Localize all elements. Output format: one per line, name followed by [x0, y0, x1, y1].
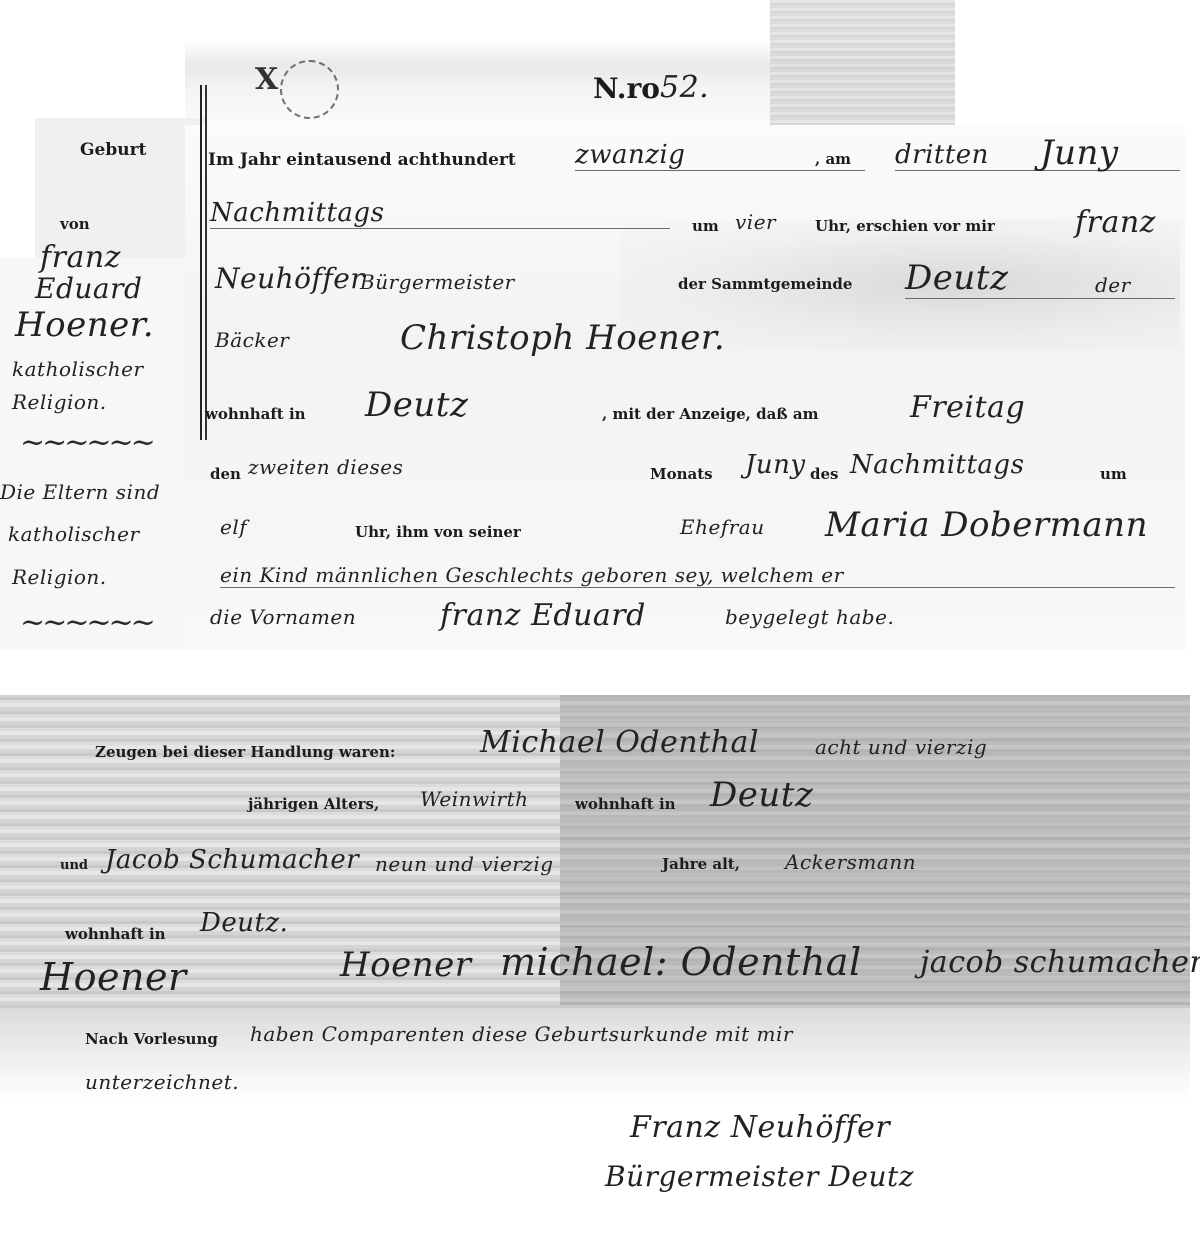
birth-hour-field: elf: [220, 515, 247, 539]
margin-child-given-1: franz: [40, 240, 121, 275]
report-day-field: dritten: [895, 140, 1180, 171]
signature-witness-2: jacob schumacher: [920, 945, 1200, 980]
signature-father-2: Hoener: [340, 945, 472, 985]
official-signature-title: Bürgermeister Deutz: [605, 1160, 914, 1193]
body-printed-text: der Sammtgemeinde: [678, 275, 852, 293]
birth-month-field: Juny: [745, 450, 806, 480]
body-printed-text: , mit der Anzeige, daß am: [602, 405, 819, 423]
municipality-field: Deutz: [905, 258, 1175, 299]
signature-witness-1: michael: Odenthal: [500, 940, 862, 984]
witness-printed-text: und: [60, 858, 88, 873]
margin-rule: [200, 85, 202, 440]
body-handwritten-text: die Vornamen: [210, 605, 356, 629]
margin-child-given-2: Eduard: [35, 272, 142, 305]
margin-title: Geburt: [80, 140, 146, 160]
body-printed-text: um: [1100, 465, 1127, 483]
witness-printed-text: wohnhaft in: [65, 925, 166, 943]
body-printed-text: Uhr, ihm von seiner: [355, 523, 521, 541]
body-printed-text: Im Jahr eintausend achthundert: [208, 150, 516, 170]
body-printed-text: den: [210, 465, 241, 483]
paper-stain: [770, 0, 955, 125]
birth-time-of-day-field: Nachmittags: [850, 450, 1024, 480]
margin-flourish: ~~~~~~: [20, 425, 153, 460]
body-printed-text: des: [810, 465, 838, 483]
seal-stamp-icon: [280, 60, 339, 119]
body-handwritten-text: ein Kind männlichen Geschlechts geboren …: [220, 563, 1175, 588]
signature-father: Hoener: [40, 955, 187, 999]
margin-religion-2: Religion.: [12, 390, 107, 414]
witness-1-age-field: acht und vierzig: [815, 735, 987, 759]
report-time-of-day-field: Nachmittags: [210, 198, 670, 229]
witness-printed-text: Zeugen bei dieser Handlung waren:: [95, 743, 395, 761]
birth-date-field: zweiten dieses: [248, 455, 403, 479]
margin-parents-3: Religion.: [12, 565, 107, 589]
margin-parents-1: Die Eltern sind: [0, 480, 160, 504]
witness-1-name-field: Michael Odenthal: [480, 725, 759, 760]
official-signature-name: Franz Neuhöffer: [630, 1110, 890, 1145]
record-number-label: N.ro: [593, 72, 660, 105]
body-handwritten-text: Ehefrau: [680, 515, 765, 539]
body-handwritten-text: beygelegt habe.: [725, 605, 894, 629]
record-number: 52.: [660, 70, 709, 105]
witness-printed-text: Jahre alt,: [662, 855, 740, 873]
stamp-mark: X: [255, 62, 278, 97]
margin-religion-1: katholischer: [12, 357, 144, 381]
body-printed-text: Uhr, erschien vor mir: [815, 217, 995, 235]
official-title-field: Bürgermeister: [360, 270, 515, 294]
father-name-field: Christoph Hoener.: [400, 318, 725, 358]
witness-2-residence-field: Deutz.: [200, 908, 288, 938]
witness-1-residence-field: Deutz: [710, 775, 813, 815]
official-given-name-field: franz: [1075, 205, 1156, 240]
father-occupation-field: Bäcker: [215, 328, 289, 352]
body-printed-text: um: [692, 217, 719, 235]
witness-2-occupation-field: Ackersmann: [785, 850, 916, 874]
witness-2-name-field: Jacob Schumacher: [105, 845, 359, 875]
closing-handwritten-text: haben Comparenten diese Geburtsurkunde m…: [250, 1022, 793, 1046]
paper-fragment-margin: [35, 118, 205, 258]
body-printed-text: Monats: [650, 465, 713, 483]
body-handwritten-text: der: [1095, 273, 1131, 297]
father-residence-field: Deutz: [365, 385, 468, 425]
witness-2-age-field: neun und vierzig: [375, 852, 554, 876]
body-printed-text: wohnhaft in: [205, 405, 306, 423]
closing-handwritten-text: unterzeichnet.: [85, 1070, 239, 1094]
report-month-field: Juny: [1040, 133, 1119, 173]
witness-printed-text: wohnhaft in: [575, 795, 676, 813]
margin-parents-2: katholischer: [8, 522, 140, 546]
mother-name-field: Maria Dobermann: [825, 505, 1148, 545]
margin-von: von: [60, 215, 90, 233]
official-surname-field: Neuhöffer: [215, 262, 364, 295]
witness-1-occupation-field: Weinwirth: [420, 787, 529, 811]
margin-flourish: ~~~~~~: [20, 605, 153, 640]
witness-printed-text: jährigen Alters,: [248, 795, 379, 813]
report-hour-field: vier: [735, 210, 776, 234]
child-name-field: franz Eduard: [440, 598, 646, 633]
body-printed-text: , am: [815, 150, 851, 168]
closing-printed-text: Nach Vorlesung: [85, 1030, 218, 1048]
birth-weekday-field: Freitag: [910, 390, 1025, 425]
margin-rule: [205, 85, 207, 440]
margin-child-surname: Hoener.: [15, 305, 154, 345]
